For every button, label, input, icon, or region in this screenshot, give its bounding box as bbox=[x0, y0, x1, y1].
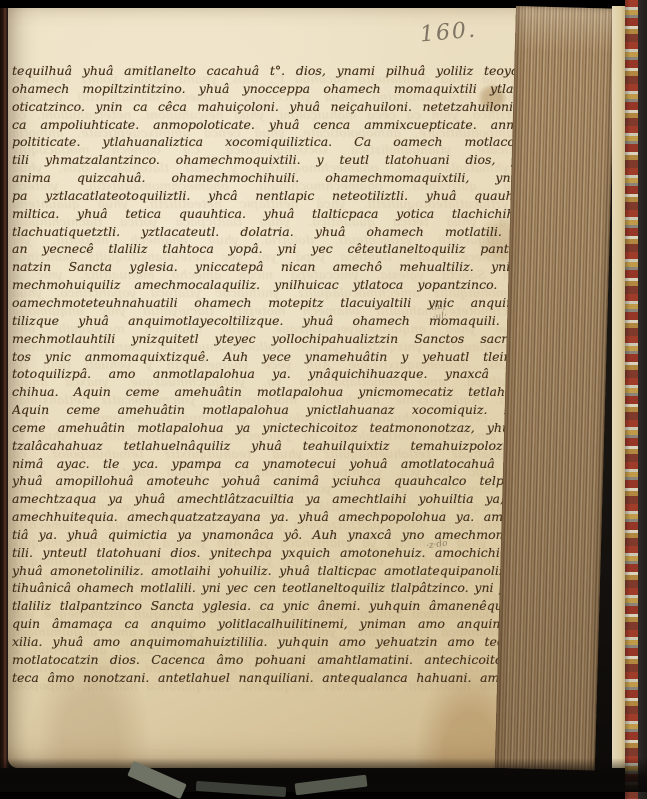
manuscript-line: tlachuatiquetztli. yztlacateutl. dolatri… bbox=[12, 223, 542, 241]
book-fore-edge-pages bbox=[495, 6, 616, 770]
manuscript-line: anima quizcahuâ. ohamechmochihuili. oham… bbox=[12, 169, 542, 187]
manuscript-line: tiâ ya. yhuâ quimictia ya ynamonâca yô. … bbox=[12, 526, 542, 544]
manuscript-line: amechtzaqua ya yhuâ amechtlâtzacuiltia y… bbox=[12, 490, 542, 508]
manuscript-line: tihuânicâ ohamech motlalili. yni yec cen… bbox=[12, 579, 542, 597]
manuscript-line: Aquin ceme amehuâtin motlapalohua ynictl… bbox=[12, 401, 542, 419]
manuscript-line: tili. ynteutl tlatohuani dios. ynitechpa… bbox=[12, 544, 542, 562]
manuscript-line: mechmotlauhtili ynizquitetl yteyec yollo… bbox=[12, 330, 542, 348]
binding-fabric-strip bbox=[625, 0, 638, 799]
manuscript-line: ohamech mopiltzintitzino. yhuâ ynocceppa… bbox=[12, 80, 542, 98]
manuscript-line: poltiticate. ytlahuanaliztica xocomiquil… bbox=[12, 133, 542, 151]
manuscript-line: natzin Sancta yglesia. yniccatepâ nican … bbox=[12, 258, 542, 276]
manuscript-page: 160. tequilhuâ yhuâ amitlanelto cacahuâ … bbox=[8, 6, 558, 768]
pencil-note-line: ·ul· bbox=[432, 311, 448, 323]
manuscript-line: tlaliliz tlalpantzinco Sancta yglesia. c… bbox=[12, 597, 542, 615]
manuscript-line: ceme amehuâtin motlapalohua ya ynictechi… bbox=[12, 419, 542, 437]
handwritten-text-block: tequilhuâ yhuâ amitlanelto cacahuâ t°. d… bbox=[12, 62, 542, 702]
manuscript-line: tos ynic anmomaquixtizquê. Auh yece ynam… bbox=[12, 348, 542, 366]
manuscript-line: tzalâcahahuaz tetlahuelnâquiliz yhuâ tea… bbox=[12, 437, 542, 455]
manuscript-line: yhuâ amopillohuâ amoteuhc yohuâ canimâ y… bbox=[12, 472, 542, 490]
manuscript-line: totoquilizpâ. amo anmotlapalohua ya. ynâ… bbox=[12, 365, 542, 383]
manuscript-line: ca ampoliuhticate. anmopoloticate. yhuâ … bbox=[12, 116, 542, 134]
manuscript-line: miltica. yhuâ tetica quauhtica. yhuâ tla… bbox=[12, 205, 542, 223]
manuscript-line: oamechmoteteuhnahuatili ohamech motepitz… bbox=[12, 294, 542, 312]
manuscript-line: pa yztlacatlateotoquiliztli. yhcâ nentla… bbox=[12, 187, 542, 205]
manuscript-line: mechmohuiquiliz amechmocalaquiliz. ynilh… bbox=[12, 276, 542, 294]
manuscript-line: tilizque yhuâ anquimotlayecoltilizque. y… bbox=[12, 312, 542, 330]
manuscript-line: amechhuitequia. amechquatzatzayana ya. y… bbox=[12, 508, 542, 526]
endpaper-strip bbox=[612, 6, 625, 768]
manuscript-line: tequilhuâ yhuâ amitlanelto cacahuâ t°. d… bbox=[12, 62, 542, 80]
manuscript-line: tili yhmatzalantzinco. ohamechmoquixtili… bbox=[12, 151, 542, 169]
manuscript-line: chihua. Aquin ceme amehuâtin motlapalohu… bbox=[12, 383, 542, 401]
manuscript-line: oticatzinco. ynin ca cêca mahuiçoloni. y… bbox=[12, 98, 542, 116]
manuscript-line: quin âmamaça ca anquimo yolitlacalhuilit… bbox=[12, 615, 542, 633]
manuscript-line: nimâ ayac. tle yca. ypampa ca ynamotecui… bbox=[12, 455, 542, 473]
photo-right-edge bbox=[638, 0, 647, 799]
manuscript-line: xilia. yhuâ amo anquimomahuiztililia. yu… bbox=[12, 633, 542, 651]
pencil-margin-note: iĩuſ ·ul· bbox=[431, 301, 449, 323]
manuscript-line: motlatocatzin dios. Cacenca âmo pohuani … bbox=[12, 651, 542, 669]
folio-number: 160. bbox=[419, 18, 478, 48]
manuscript-line: an yecnecê tlaliliz tlahtoca yopâ. yni y… bbox=[12, 240, 542, 258]
manuscript-line: teca âmo nonotzani. antetlahuel nanquili… bbox=[12, 669, 542, 687]
manuscript-photo: 160. tequilhuâ yhuâ amitlanelto cacahuâ … bbox=[0, 0, 647, 799]
manuscript-line: yhuâ amonetoliniliz. amotlaihi yohuiliz.… bbox=[12, 562, 542, 580]
